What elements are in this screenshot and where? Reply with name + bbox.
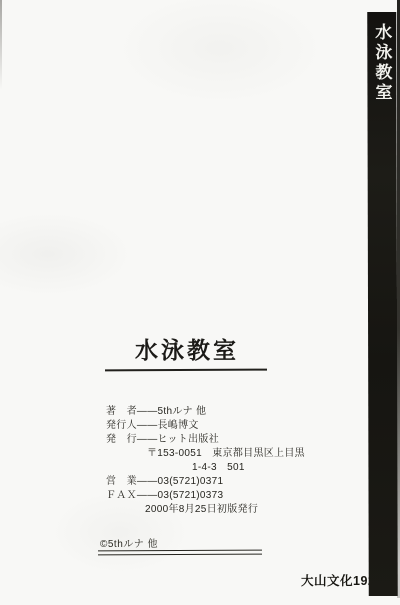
colophon-row-edition-date: 2000年8月25日初版発行	[106, 503, 336, 517]
colophon-row-author: 著 者——5thルナ 他	[106, 405, 336, 419]
spine-bar: 水泳教室	[367, 12, 398, 596]
colophon-row-address-2: 1-4-3 501	[106, 461, 336, 475]
scan-edge-artifact	[0, 0, 2, 90]
bottom-double-rule	[98, 550, 262, 556]
colophon-row-sales-phone: 営 業——03(5721)0371	[106, 475, 336, 489]
spine-title-vertical: 水泳教室	[369, 23, 396, 596]
copyright-line: ©5thルナ 他	[100, 535, 158, 550]
colophon-block: 著 者——5thルナ 他 発行人——長嶋博文 発 行——ヒット出版社 〒153-…	[106, 405, 336, 517]
title-block: 水泳教室	[20, 332, 354, 365]
title-underline-rule	[105, 369, 267, 372]
corner-tag: 大山文化192	[301, 571, 375, 589]
book-title: 水泳教室	[20, 332, 354, 365]
colophon-row-issuer: 発行人——長嶋博文	[106, 419, 336, 433]
colophon-row-publisher: 発 行——ヒット出版社	[106, 433, 336, 447]
colophon-row-address-1: 〒153-0051 東京都目黒区上目黒	[106, 447, 336, 461]
colophon-row-fax: ＦＡＸ——03(5721)0373	[106, 489, 336, 503]
scanned-colophon-page: 水泳教室 著 者——5thルナ 他 発行人——長嶋博文 発 行——ヒット出版社 …	[0, 0, 400, 605]
